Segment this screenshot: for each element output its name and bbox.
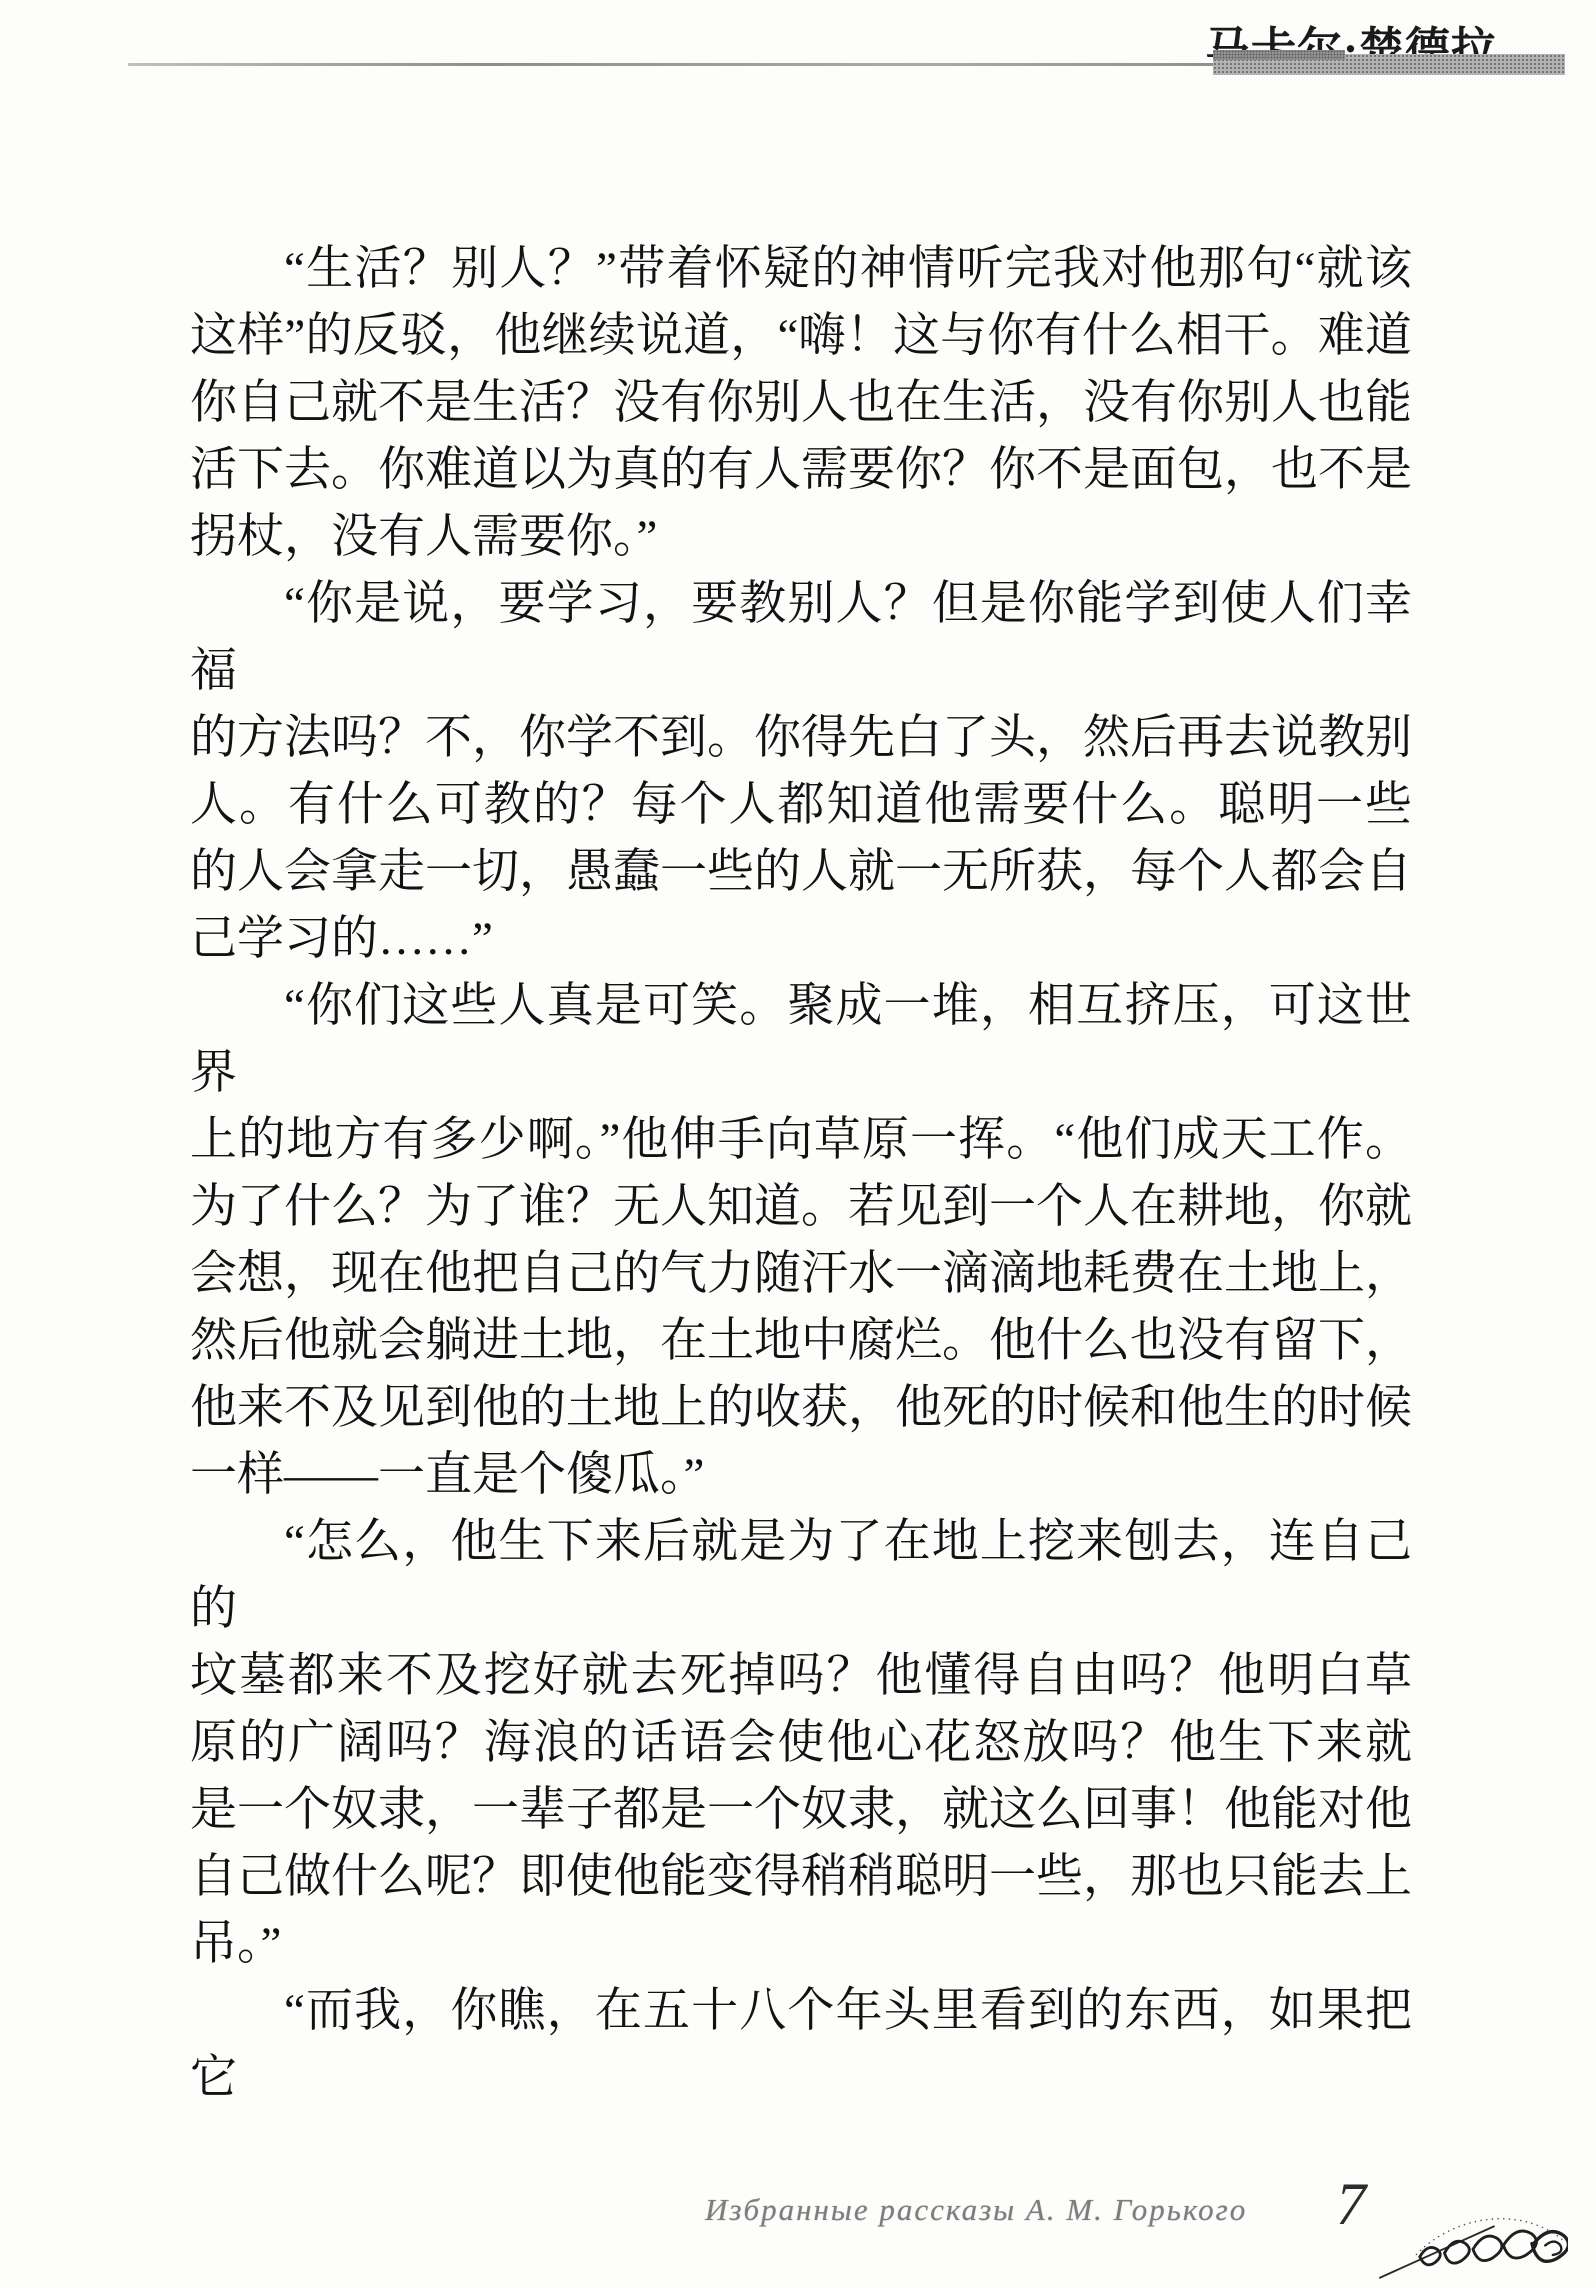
text-line: 为了什么？为了谁？无人知道。若见到一个人在耕地，你就 (190, 1174, 1412, 1241)
text-line: 坟墓都来不及挖好就去死掉吗？他懂得自由吗？他明白草 (190, 1643, 1412, 1710)
text-line: 然后他就会躺进土地，在土地中腐烂。他什么也没有留下， (190, 1308, 1412, 1375)
text-line: 自己做什么呢？即使他能变得稍稍聪明一些，那也只能去上 (190, 1844, 1412, 1911)
feather-ornament (1378, 2186, 1568, 2282)
text-line: 一样——一直是个傻瓜。” (190, 1442, 1412, 1509)
text-line: 是一个奴隶，一辈子都是一个奴隶，就这么回事！他能对他 (190, 1777, 1412, 1844)
text-line: 会想，现在他把自己的气力随汗水一滴滴地耗费在土地上， (190, 1241, 1412, 1308)
header-rule-bar-notch (1213, 50, 1345, 60)
text-line: “生活？别人？”带着怀疑的神情听完我对他那句“就该 (190, 236, 1412, 303)
text-line: 的方法吗？不，你学不到。你得先白了头，然后再去说教别 (190, 705, 1412, 772)
text-line: 原的广阔吗？海浪的话语会使他心花怒放吗？他生下来就 (190, 1710, 1412, 1777)
text-line: 这样”的反驳，他继续说道，“嗨！这与你有什么相干。难道 (190, 303, 1412, 370)
body-text: “生活？别人？”带着怀疑的神情听完我对他那句“就该这样”的反驳，他继续说道，“嗨… (190, 236, 1412, 2112)
text-line: “怎么，他生下来后就是为了在地上挖来刨去，连自己的 (190, 1509, 1412, 1643)
text-line: 上的地方有多少啊。”他伸手向草原一挥。“他们成天工作。 (190, 1107, 1412, 1174)
text-line: 他来不及见到他的土地上的收获，他死的时候和他生的时候 (190, 1375, 1412, 1442)
text-line: 的人会拿走一切，愚蠢一些的人就一无所获，每个人都会自 (190, 839, 1412, 906)
text-line: “你们这些人真是可笑。聚成一堆，相互挤压，可这世界 (190, 973, 1412, 1107)
text-line: 活下去。你难道以为真的有人需要你？你不是面包，也不是 (190, 437, 1412, 504)
text-line: 你自己就不是生活？没有你别人也在生活，没有你别人也能 (190, 370, 1412, 437)
page-number: 7 (1336, 2170, 1366, 2239)
text-line: 吊。” (190, 1911, 1412, 1978)
text-line: “你是说，要学习，要教别人？但是你能学到使人们幸福 (190, 571, 1412, 705)
text-line: 己学习的……” (190, 906, 1412, 973)
text-line: “而我，你瞧，在五十八个年头里看到的东西，如果把它 (190, 1978, 1412, 2112)
text-line: 人。有什么可教的？每个人都知道他需要什么。聪明一些 (190, 772, 1412, 839)
book-page: 马卡尔·楚德拉 “生活？别人？”带着怀疑的神情听完我对他那句“就该这样”的反驳，… (0, 0, 1596, 2288)
footer-caption: Избранные рассказы А. М. Горького (705, 2192, 1247, 2228)
text-line: 拐杖，没有人需要你。” (190, 504, 1412, 571)
